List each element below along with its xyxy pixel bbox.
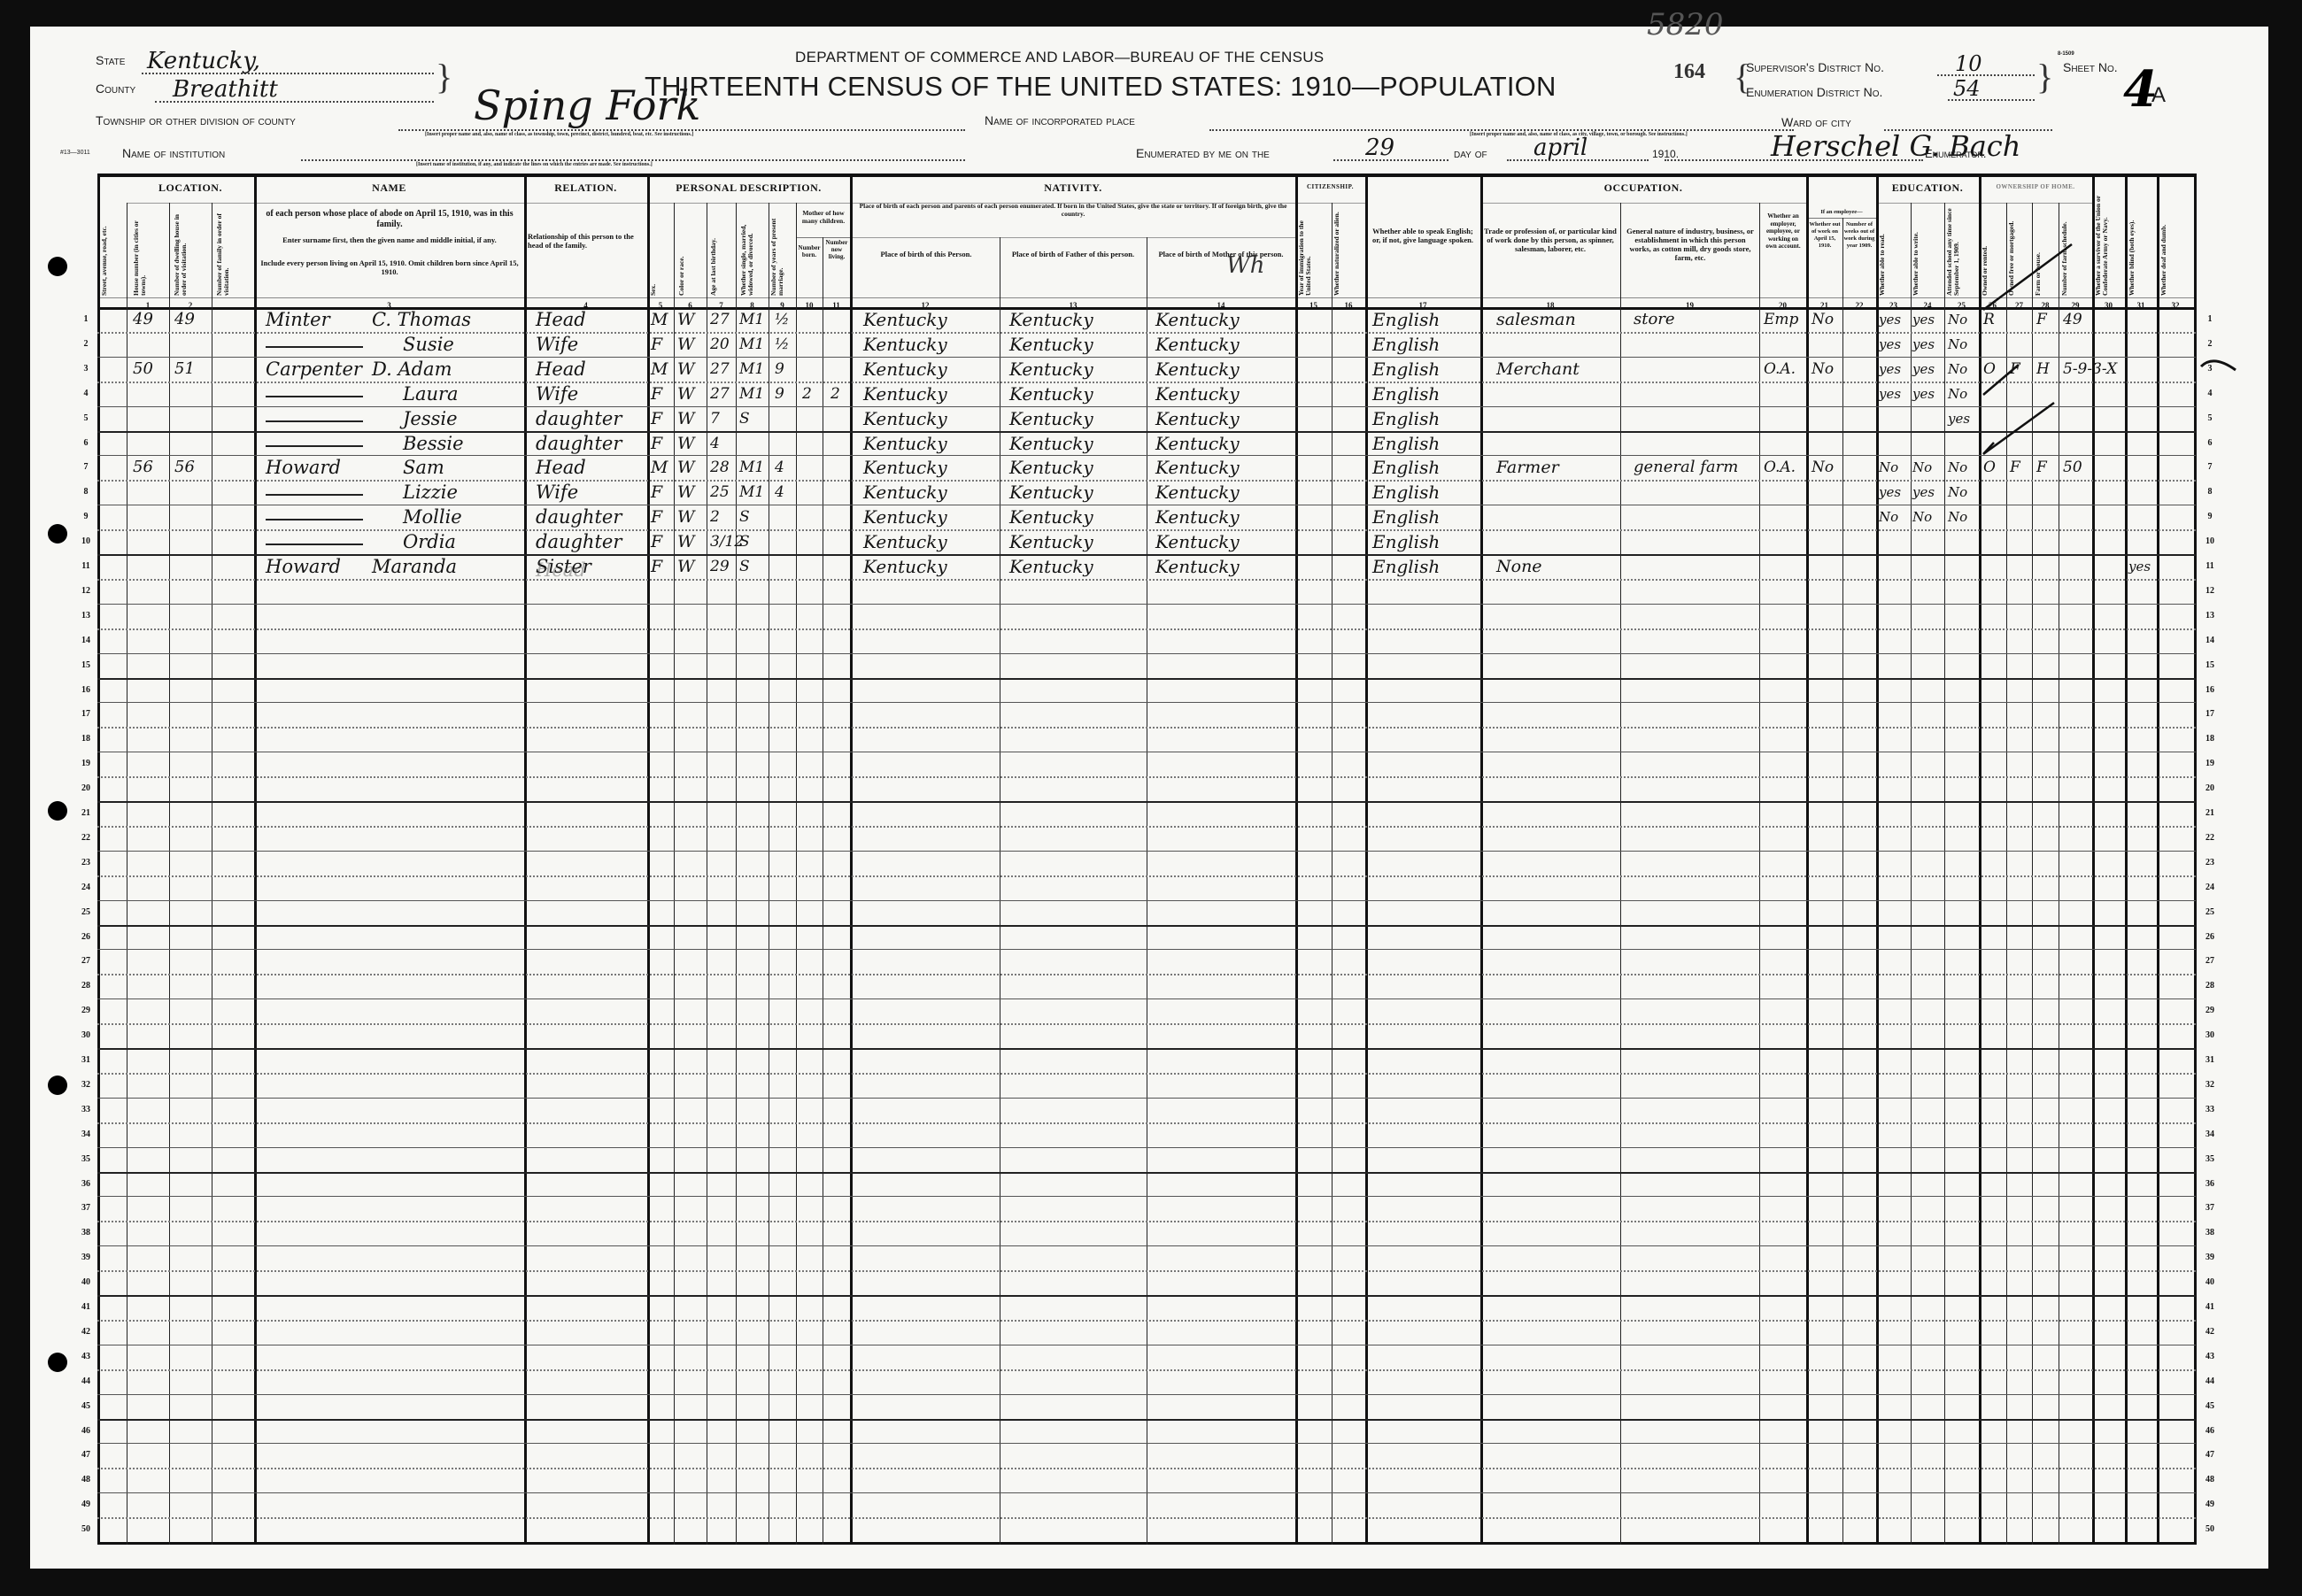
ownership-strike-mark <box>1983 244 2072 310</box>
pen-marks <box>0 0 2302 1596</box>
ownership-arrow-mark <box>1983 403 2054 454</box>
margin-curve-mark <box>2201 361 2236 370</box>
